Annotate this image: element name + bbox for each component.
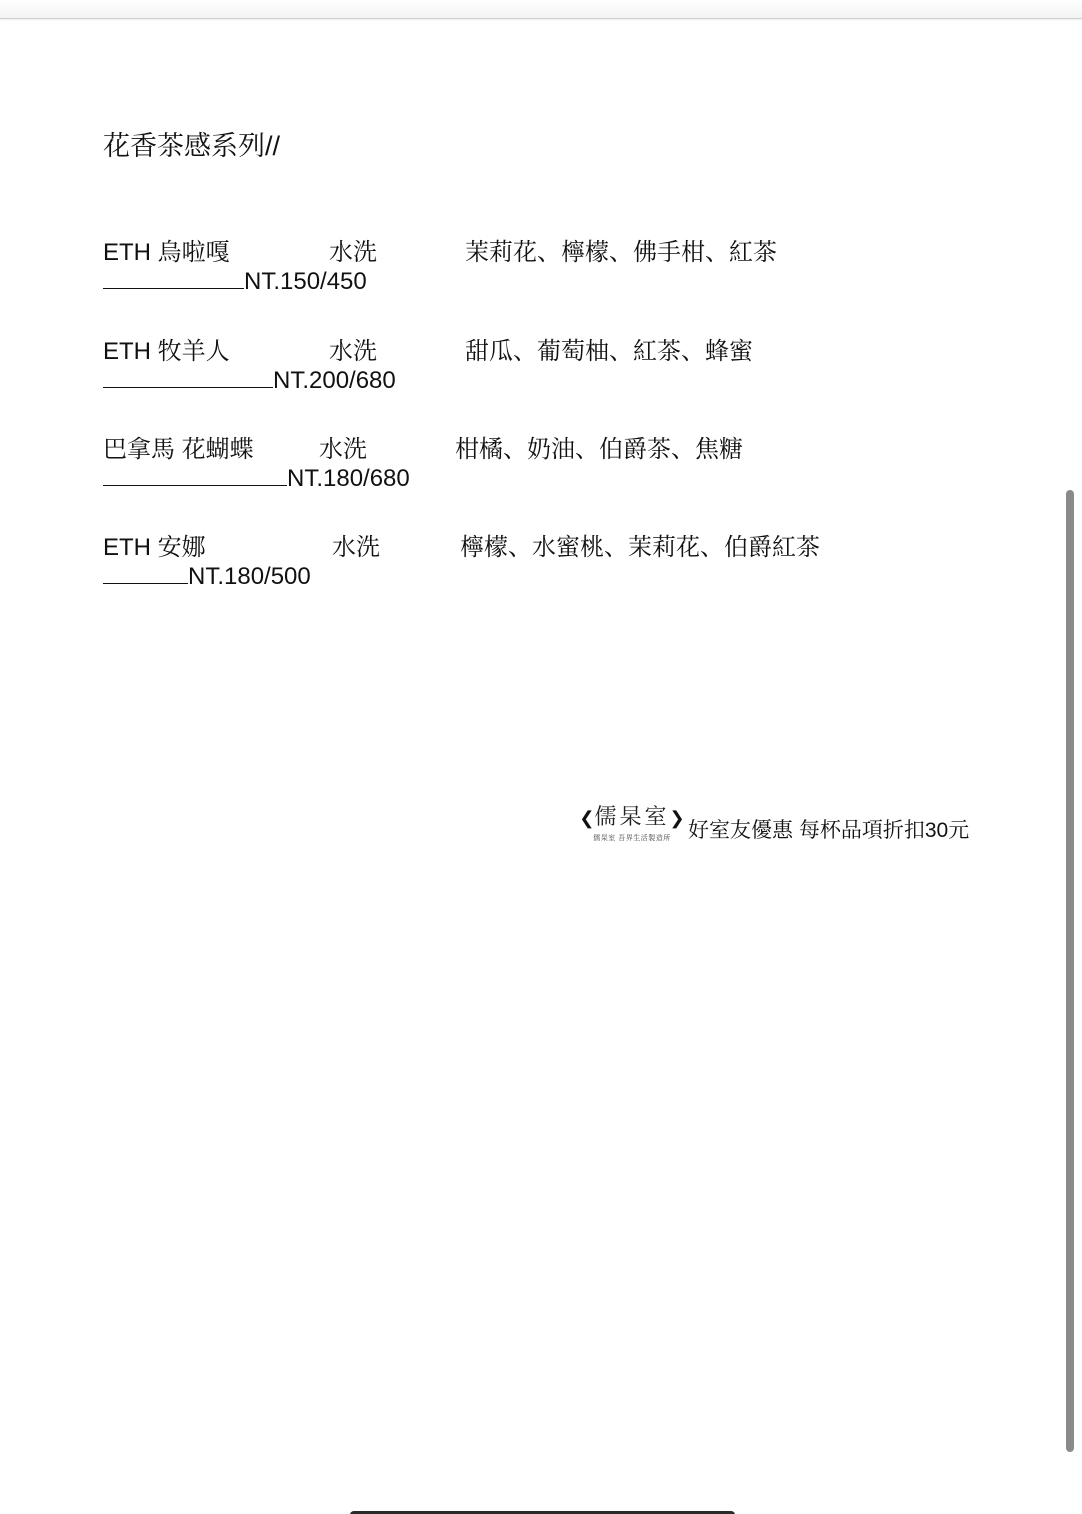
top-toolbar-edge xyxy=(0,0,1082,19)
item-name: 巴拿馬 花蝴蝶 xyxy=(103,429,254,464)
item-name: ETH 牧羊人 xyxy=(103,331,230,366)
item-process: 水洗 xyxy=(329,232,377,267)
promo-banner: ❮儒杲室❯ 儒杲室 吾界生活製造所 好室友優惠 每杯品項折扣30元 xyxy=(578,800,969,844)
item-process: 水洗 xyxy=(332,527,380,562)
item-notes: 茉莉花、檸檬、佛手柑、紅茶 xyxy=(465,232,777,267)
menu-item: ETH 烏啦嘎 水洗 茉莉花、檸檬、佛手柑、紅茶 NT.150/450 xyxy=(103,232,367,296)
menu-item: 巴拿馬 花蝴蝶 水洗 柑橘、奶油、伯爵茶、焦糖 NT.180/680 xyxy=(103,429,410,493)
section-title: 花香茶感系列// xyxy=(103,124,280,163)
item-price: NT.150/450 xyxy=(244,268,367,295)
item-underline xyxy=(103,463,287,486)
item-notes: 柑橘、奶油、伯爵茶、焦糖 xyxy=(455,429,743,464)
item-underline xyxy=(103,266,244,289)
item-price: NT.200/680 xyxy=(273,367,396,394)
menu-item: ETH 安娜 水洗 檸檬、水蜜桃、茉莉花、伯爵紅茶 NT.180/500 xyxy=(103,527,311,591)
vertical-scrollbar[interactable] xyxy=(1066,490,1074,1452)
item-underline xyxy=(103,365,273,388)
item-underline xyxy=(103,561,188,584)
item-name: ETH 烏啦嘎 xyxy=(103,232,230,267)
logo-text: 儒杲室 xyxy=(594,805,669,830)
item-price: NT.180/500 xyxy=(188,563,311,590)
item-price: NT.180/680 xyxy=(287,465,410,492)
ornament-left-icon: ❮ xyxy=(579,808,594,829)
item-process: 水洗 xyxy=(329,331,377,366)
promo-text: 好室友優惠 每杯品項折扣30元 xyxy=(688,814,969,844)
logo-subtext: 儒杲室 吾界生活製造所 xyxy=(578,833,686,843)
ornament-right-icon: ❯ xyxy=(670,808,685,829)
menu-item: ETH 牧羊人 水洗 甜瓜、葡萄柚、紅茶、蜂蜜 NT.200/680 xyxy=(103,331,396,395)
brand-logo: ❮儒杲室❯ 儒杲室 吾界生活製造所 xyxy=(578,800,686,843)
item-notes: 檸檬、水蜜桃、茉莉花、伯爵紅茶 xyxy=(460,527,820,562)
item-process: 水洗 xyxy=(319,429,367,464)
item-notes: 甜瓜、葡萄柚、紅茶、蜂蜜 xyxy=(465,331,753,366)
item-name: ETH 安娜 xyxy=(103,527,206,562)
